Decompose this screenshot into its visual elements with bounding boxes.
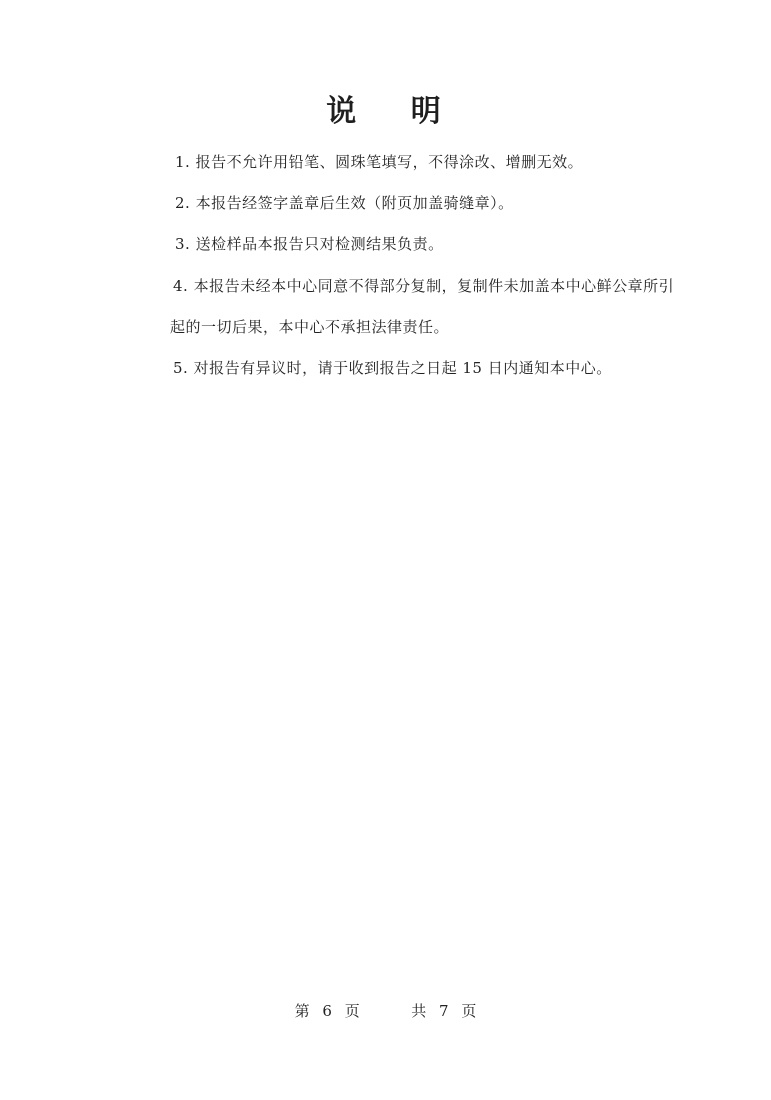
notice-item-2: 2. 本报告经签字盖章后生效（附页加盖骑缝章）。 bbox=[175, 192, 514, 213]
notice-item-5: 5. 对报告有异议时，请于收到报告之日起 15 日内通知本中心。 bbox=[173, 357, 612, 378]
page-total: 共 7 页 bbox=[411, 1000, 476, 1021]
page-footer: 第 6 页 共 7 页 bbox=[0, 1000, 771, 1021]
notice-item-1: 1. 报告不允许用铅笔、圆珠笔填写，不得涂改、增删无效。 bbox=[175, 151, 583, 172]
notice-item-4: 4. 本报告未经本中心同意不得部分复制，复制件未加盖本中心鲜公章所引 bbox=[173, 275, 674, 296]
page-number: 第 6 页 bbox=[295, 1000, 360, 1021]
page-title: 说 明 bbox=[0, 86, 771, 130]
notice-item-4-continued: 起的一切后果，本中心不承担法律责任。 bbox=[170, 316, 449, 337]
notice-item-3: 3. 送检样品本报告只对检测结果负责。 bbox=[175, 233, 444, 254]
